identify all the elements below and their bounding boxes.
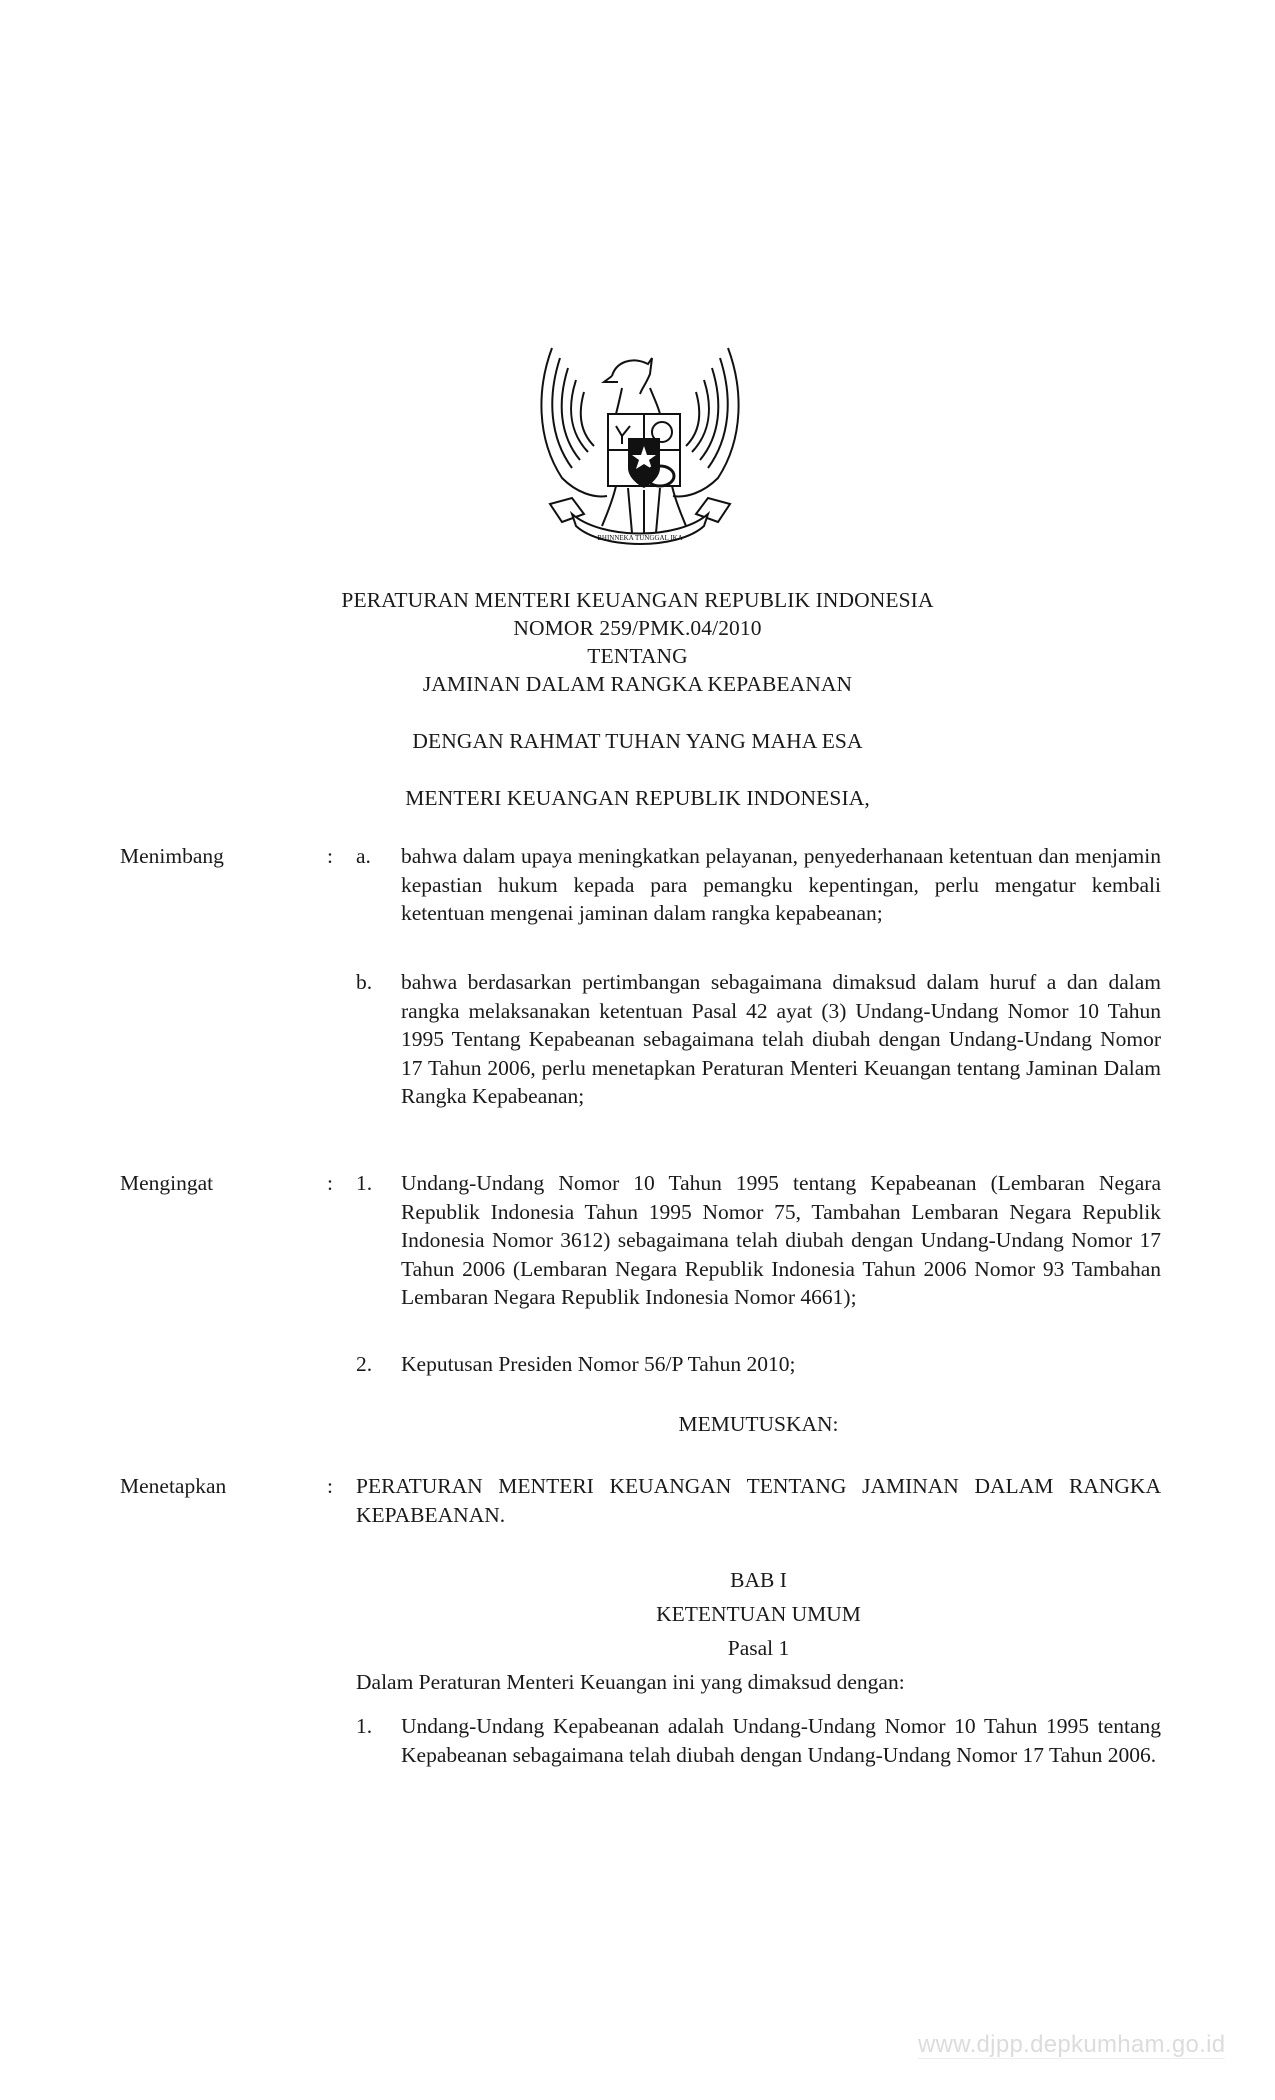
title-line-tentang: TENTANG xyxy=(0,642,1275,670)
list-item: Undang-Undang Nomor 10 Tahun 1995 tentan… xyxy=(401,1169,1161,1312)
list-item: Undang-Undang Kepabeanan adalah Undang-U… xyxy=(401,1712,1161,1769)
section-label: Menetapkan xyxy=(120,1472,226,1501)
menetapkan-text: PERATURAN MENTERI KEUANGAN TENTANG JAMIN… xyxy=(356,1472,1161,1529)
item-marker: a. xyxy=(356,842,371,871)
item-marker: 1. xyxy=(356,1712,372,1741)
article-intro: Dalam Peraturan Menteri Keuangan ini yan… xyxy=(356,1668,1161,1697)
item-marker: 2. xyxy=(356,1350,372,1379)
invocation: DENGAN RAHMAT TUHAN YANG MAHA ESA xyxy=(0,727,1275,755)
title-line-number: NOMOR 259/PMK.04/2010 xyxy=(0,614,1275,642)
title-line-subject: JAMINAN DALAM RANGKA KEPABEANAN xyxy=(0,670,1275,698)
section-label: Menimbang xyxy=(120,842,224,871)
colon: : xyxy=(327,1169,333,1198)
item-marker: 1. xyxy=(356,1169,372,1198)
title-line-regulation: PERATURAN MENTERI KEUANGAN REPUBLIK INDO… xyxy=(0,586,1275,614)
chapter-number: BAB I xyxy=(356,1566,1161,1595)
list-item: bahwa berdasarkan pertimbangan sebagaima… xyxy=(401,968,1161,1111)
list-item: bahwa dalam upaya meningkatkan pelayanan… xyxy=(401,842,1161,928)
list-item: Keputusan Presiden Nomor 56/P Tahun 2010… xyxy=(401,1350,1161,1379)
authority: MENTERI KEUANGAN REPUBLIK INDONESIA, xyxy=(0,784,1275,812)
item-marker: b. xyxy=(356,968,372,997)
colon: : xyxy=(327,842,333,871)
chapter-title: KETENTUAN UMUM xyxy=(356,1600,1161,1629)
memutuskan-heading: MEMUTUSKAN: xyxy=(356,1410,1161,1439)
section-label: Mengingat xyxy=(120,1169,213,1198)
watermark-link[interactable]: www.djpp.depkumham.go.id xyxy=(918,2032,1225,2059)
colon: : xyxy=(327,1472,333,1501)
svg-text:BHINNEKA TUNGGAL IKA: BHINNEKA TUNGGAL IKA xyxy=(597,534,683,542)
garuda-emblem-icon: BHINNEKA TUNGGAL IKA xyxy=(532,328,748,560)
document-page: BHINNEKA TUNGGAL IKA PERATURAN MENTERI K… xyxy=(0,0,1275,2100)
article-number: Pasal 1 xyxy=(356,1634,1161,1663)
